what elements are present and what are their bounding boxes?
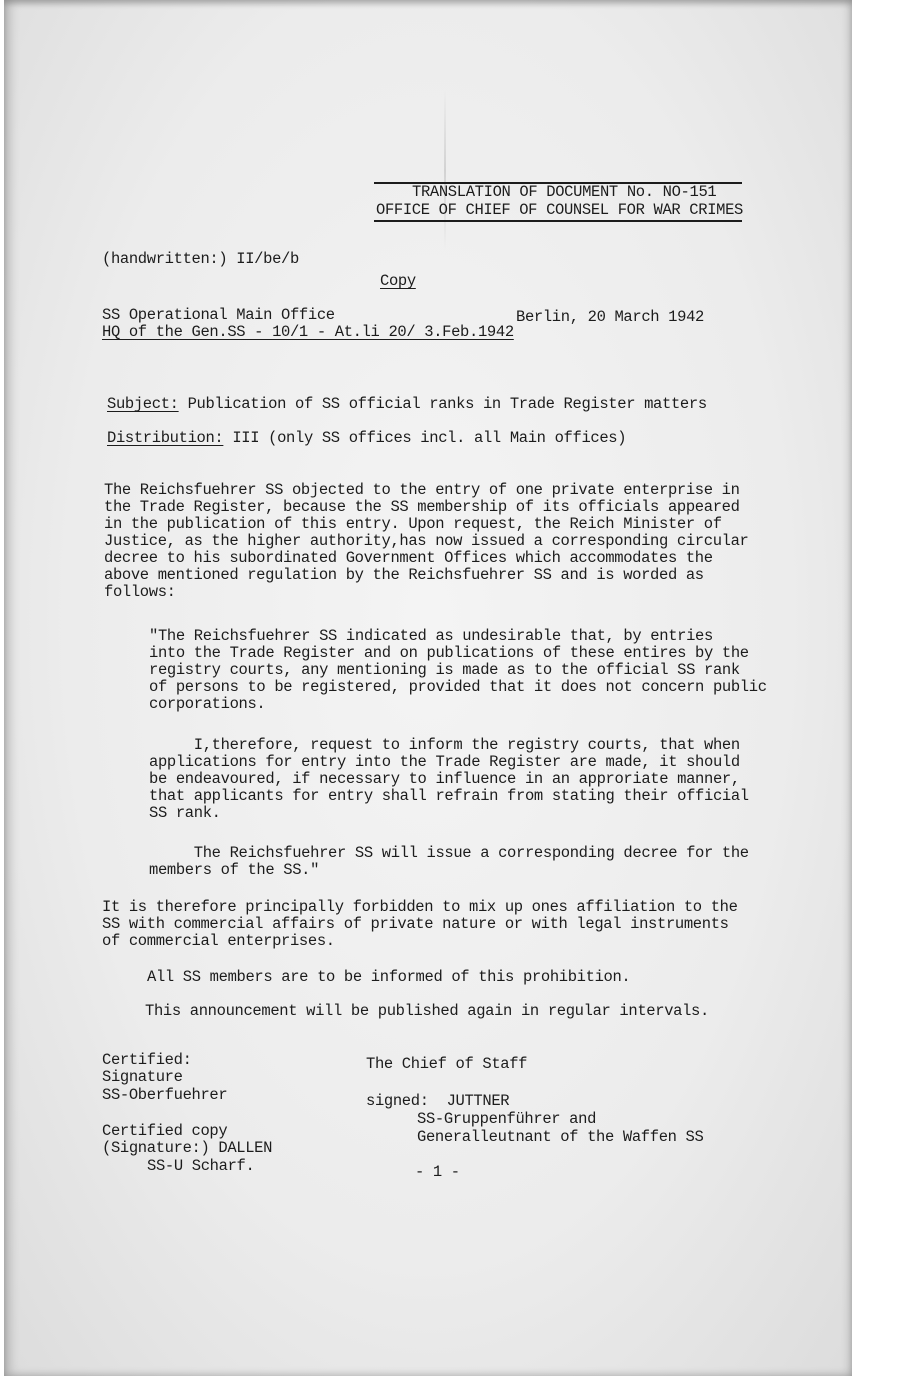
- certifier-rank: SS-Oberfuehrer: [102, 1087, 227, 1104]
- signatory-title: The Chief of Staff: [366, 1056, 527, 1073]
- quote-line: "The Reichsfuehrer SS indicated as undes…: [149, 628, 713, 645]
- sender-office: SS Operational Main Office: [102, 307, 335, 324]
- quote-line: that applicants for entry shall refrain …: [149, 788, 749, 805]
- place-date: Berlin, 20 March 1942: [516, 309, 704, 326]
- quote-line: members of the SS.": [149, 862, 319, 879]
- document-page: TRANSLATION OF DOCUMENT No. NO-151 OFFIC…: [4, 0, 852, 1376]
- subject-line: Subject: Publication of SS official rank…: [107, 396, 707, 413]
- quote-line: registry courts, any mentioning is made …: [149, 662, 740, 679]
- quote-line: be endeavoured, if necessary to influenc…: [149, 771, 740, 788]
- paragraph-line: in the publication of this entry. Upon r…: [104, 516, 722, 533]
- quote-line: corporations.: [149, 696, 265, 713]
- sender-reference: HQ of the Gen.SS - 10/1 - At.li 20/ 3.Fe…: [102, 324, 514, 341]
- paragraph-4: This announcement will be published agai…: [145, 1003, 709, 1020]
- paragraph-line: decree to his subordinated Government Of…: [104, 550, 713, 567]
- paragraph-line: It is therefore principally forbidden to…: [102, 899, 738, 916]
- signature-label: Signature: [102, 1069, 183, 1086]
- certified-copy-label: Certified copy: [102, 1123, 227, 1140]
- paragraph-line: The Reichsfuehrer SS objected to the ent…: [104, 482, 740, 499]
- distribution-text: III (only SS offices incl. all Main offi…: [232, 429, 626, 447]
- paragraph-line: Justice, as the higher authority,has now…: [104, 533, 749, 550]
- header-title-line1: TRANSLATION OF DOCUMENT No. NO-151: [412, 184, 716, 201]
- handwritten-reference: (handwritten:) II/be/b: [102, 251, 299, 268]
- paper-fold-mark: [444, 90, 446, 250]
- distribution-line: Distribution: III (only SS offices incl.…: [107, 430, 626, 447]
- signatory-rank-2: Generalleutnant of the Waffen SS: [417, 1129, 703, 1146]
- quote-line: into the Trade Register and on publicati…: [149, 645, 749, 662]
- copy-label: Copy: [380, 273, 416, 290]
- quote-line: The Reichsfuehrer SS will issue a corres…: [149, 845, 749, 862]
- paragraph-line: SS with commercial affairs of private na…: [102, 916, 729, 933]
- paragraph-line: the Trade Register, because the SS membe…: [104, 499, 740, 516]
- header-title-line2: OFFICE OF CHIEF OF COUNSEL FOR WAR CRIME…: [376, 202, 743, 219]
- quote-line: of persons to be registered, provided th…: [149, 679, 767, 696]
- quote-line: I,therefore, request to inform the regis…: [149, 737, 740, 754]
- certified-label: Certified:: [102, 1052, 192, 1069]
- paragraph-line: above mentioned regulation by the Reichs…: [104, 567, 704, 584]
- copy-signer-rank: SS-U Scharf.: [147, 1158, 254, 1175]
- page-number: - 1 -: [415, 1164, 460, 1181]
- signatory-name: signed: JUTTNER: [366, 1093, 509, 1110]
- copy-signature-name: (Signature:) DALLEN: [102, 1140, 272, 1157]
- quote-line: SS rank.: [149, 805, 221, 822]
- subject-label: Subject:: [107, 395, 179, 413]
- header-bottom-rule: [374, 220, 742, 222]
- signatory-rank-1: SS-Gruppenführer and: [417, 1111, 596, 1128]
- distribution-label: Distribution:: [107, 429, 223, 447]
- paragraph-line: of commercial enterprises.: [102, 933, 335, 950]
- paragraph-line: follows:: [104, 584, 176, 601]
- quote-line: applications for entry into the Trade Re…: [149, 754, 740, 771]
- paragraph-3: All SS members are to be informed of thi…: [147, 969, 630, 986]
- subject-text: Publication of SS official ranks in Trad…: [188, 395, 707, 413]
